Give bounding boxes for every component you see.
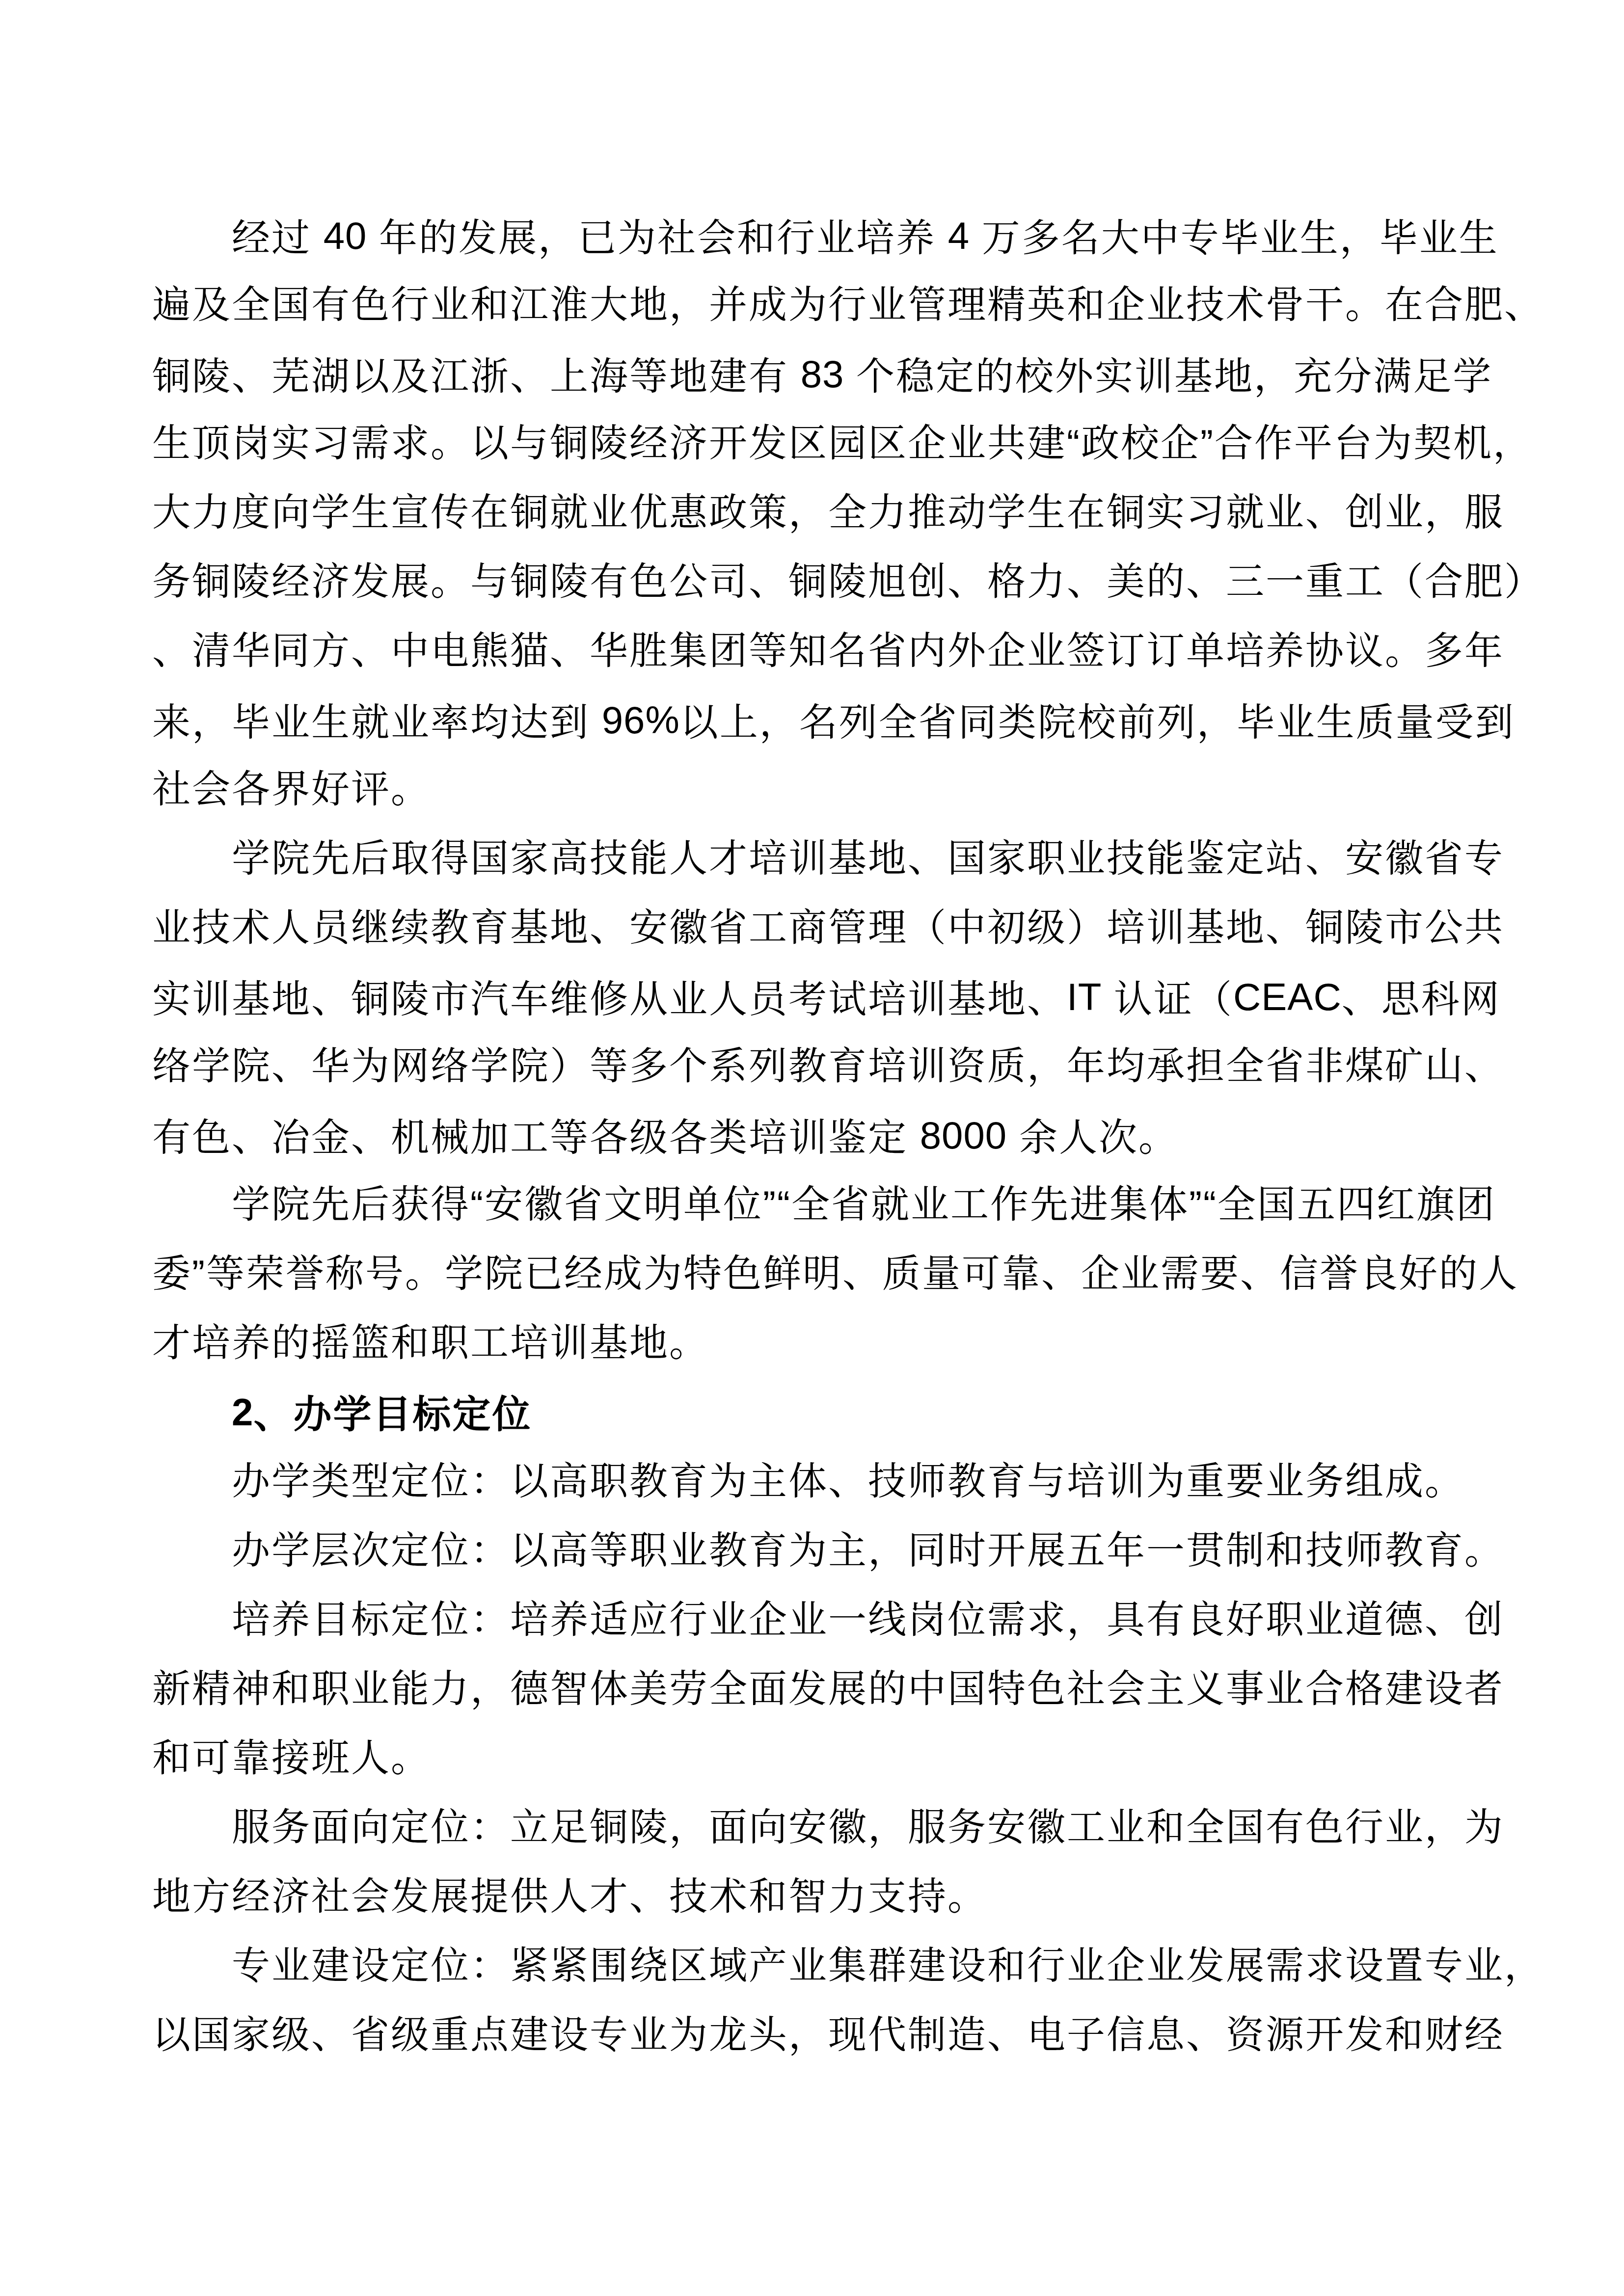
text-line: 有色、冶金、机械加工等各级各类培训鉴定 8000 余人次。 [152,1101,1556,1170]
latin-text: 96% [602,698,680,742]
latin-text: 40 [324,214,367,257]
paragraph: 经过 40 年的发展，已为社会和行业培养 4 万多名大中专毕业生，毕业生遍及全国… [152,201,1556,824]
latin-text: 2 [232,1390,253,1434]
text-line: 务铜陵经济发展。与铜陵有色公司、铜陵旭创、格力、美的、三一重工（合肥） [152,547,1556,616]
paragraph: 学院先后获得“安徽省文明单位”“全省就业工作先进集体”“全国五四红旗团委”等荣誉… [152,1170,1556,1378]
text-line: 2、办学目标定位 [152,1378,1556,1447]
text-line: 才培养的摇篮和职工培训基地。 [152,1308,1556,1378]
latin-text: 83 [801,352,844,396]
text-line: 实训基地、铜陵市汽车维修从业人员考试培训基地、IT 认证（CEAC、思科网 [152,962,1556,1032]
text-line: 服务面向定位：立足铜陵，面向安徽，服务安徽工业和全国有色行业，为 [152,1793,1556,1862]
text-line: 和可靠接班人。 [152,1724,1556,1793]
text-line: 铜陵、芜湖以及江浙、上海等地建有 83 个稳定的校外实训基地，充分满足学 [152,340,1556,409]
document-page: 经过 40 年的发展，已为社会和行业培养 4 万多名大中专毕业生，毕业生遍及全国… [0,0,1624,2296]
text-line: 办学类型定位：以高职教育为主体、技师教育与培训为重要业务组成。 [152,1447,1556,1516]
text-line: 以国家级、省级重点建设专业为龙头，现代制造、电子信息、资源开发和财经 [152,2001,1556,2070]
paragraph: 办学层次定位：以高等职业教育为主，同时开展五年一贯制和技师教育。 [152,1516,1556,1585]
text-line: 络学院、华为网络学院）等多个系列教育培训资质，年均承担全省非煤矿山、 [152,1032,1556,1101]
text-line: 遍及全国有色行业和江淮大地，并成为行业管理精英和企业技术骨干。在合肥、 [152,270,1556,340]
text-line: 来，毕业生就业率均达到 96%以上，名列全省同类院校前列，毕业生质量受到 [152,686,1556,755]
text-line: 地方经济社会发展提供人才、技术和智力支持。 [152,1862,1556,1931]
paragraph: 专业建设定位：紧紧围绕区域产业集群建设和行业企业发展需求设置专业，以国家级、省级… [152,1931,1556,2070]
text-line: 培养目标定位：培养适应行业企业一线岗位需求，具有良好职业道德、创 [152,1585,1556,1655]
text-line: 办学层次定位：以高等职业教育为主，同时开展五年一贯制和技师教育。 [152,1516,1556,1585]
text-line: 专业建设定位：紧紧围绕区域产业集群建设和行业企业发展需求设置专业， [152,1931,1556,2001]
text-line: 生顶岗实习需求。以与铜陵经济开发区园区企业共建“政校企”合作平台为契机， [152,409,1556,478]
text-line: 经过 40 年的发展，已为社会和行业培养 4 万多名大中专毕业生，毕业生 [152,201,1556,270]
latin-text: 4 [948,214,970,257]
latin-text: CEAC [1233,975,1342,1018]
latin-text: IT [1067,975,1102,1018]
text-line: 新精神和职业能力，德智体美劳全面发展的中国特色社会主义事业合格建设者 [152,1655,1556,1724]
paragraph: 服务面向定位：立足铜陵，面向安徽，服务安徽工业和全国有色行业，为地方经济社会发展… [152,1793,1556,1931]
paragraph: 学院先后取得国家高技能人才培训基地、国家职业技能鉴定站、安徽省专业技术人员继续教… [152,824,1556,1170]
text-line: 委”等荣誉称号。学院已经成为特色鲜明、质量可靠、企业需要、信誉良好的人 [152,1239,1556,1308]
text-line: 学院先后取得国家高技能人才培训基地、国家职业技能鉴定站、安徽省专 [152,824,1556,893]
document-body: 经过 40 年的发展，已为社会和行业培养 4 万多名大中专毕业生，毕业生遍及全国… [152,201,1556,2070]
paragraph: 培养目标定位：培养适应行业企业一线岗位需求，具有良好职业道德、创新精神和职业能力… [152,1585,1556,1793]
section-heading: 2、办学目标定位 [152,1378,1556,1447]
text-line: 业技术人员继续教育基地、安徽省工商管理（中初级）培训基地、铜陵市公共 [152,893,1556,962]
text-line: 学院先后获得“安徽省文明单位”“全省就业工作先进集体”“全国五四红旗团 [152,1170,1556,1239]
paragraph: 办学类型定位：以高职教育为主体、技师教育与培训为重要业务组成。 [152,1447,1556,1516]
text-line: 、清华同方、中电熊猫、华胜集团等知名省内外企业签订订单培养协议。多年 [152,616,1556,686]
text-line: 大力度向学生宣传在铜就业优惠政策，全力推动学生在铜实习就业、创业，服 [152,478,1556,547]
text-line: 社会各界好评。 [152,755,1556,824]
latin-text: 8000 [920,1114,1007,1157]
